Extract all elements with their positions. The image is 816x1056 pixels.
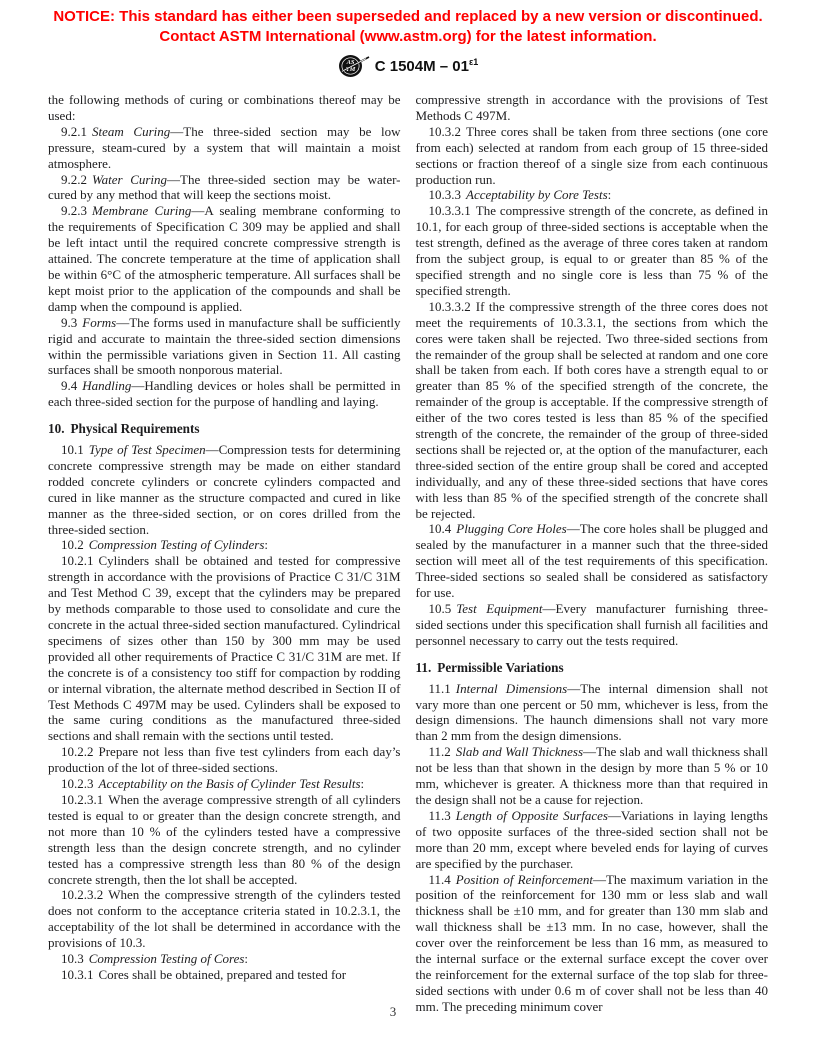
paragraph-text: Three cores shall be taken from three se… — [416, 124, 769, 187]
notice: NOTICE: This standard has either been su… — [0, 0, 816, 47]
designation-row: AS TM C 1504M – 01ε1 — [0, 54, 816, 78]
section-number: 9.2.1 — [61, 124, 92, 139]
section-number: 11.1 — [429, 681, 456, 696]
paragraph-text: Physical Requirements — [70, 421, 199, 436]
section-label-italic: Acceptability on the Basis of Cylinder T… — [99, 776, 361, 791]
paragraph-text: Prepare not less than five test cylinder… — [48, 744, 401, 775]
paragraph-text: If the compressive strength of the three… — [416, 299, 769, 521]
paragraph: 10.3.3.1The compressive strength of the … — [416, 203, 769, 298]
paragraph-text: Cores shall be obtained, prepared and te… — [99, 967, 347, 982]
section-number: 10.3.3 — [429, 187, 467, 202]
paragraph: 9.2.2Water Curing—The three-sided sectio… — [48, 172, 401, 204]
section-number: 10.1 — [61, 442, 89, 457]
section-number: 11.3 — [429, 808, 456, 823]
section-number: 10.2 — [61, 537, 89, 552]
paragraph: 10.4Plugging Core Holes—The core holes s… — [416, 521, 769, 601]
paragraph: 10.2Compression Testing of Cylinders: — [48, 537, 401, 553]
section-label-italic: Length of Opposite Surfaces — [456, 808, 608, 823]
paragraph-text: the following methods of curing or combi… — [48, 92, 401, 123]
paragraph: 10.2.3Acceptability on the Basis of Cyli… — [48, 776, 401, 792]
paragraph: 11.Permissible Variations — [416, 660, 769, 676]
section-number: 11.4 — [429, 872, 456, 887]
paragraph-text: : — [608, 187, 612, 202]
section-label-italic: Forms — [82, 315, 116, 330]
paragraph: 9.4Handling—Handling devices or holes sh… — [48, 378, 401, 410]
section-number: 10.4 — [429, 521, 457, 536]
section-number: 9.3 — [61, 315, 82, 330]
column-left: the following methods of curing or combi… — [48, 92, 401, 1015]
paragraph: 11.3Length of Opposite Surfaces—Variatio… — [416, 808, 769, 872]
section-label-italic: Internal Dimensions — [456, 681, 567, 696]
paragraph: 10.2.3.1When the average compressive str… — [48, 792, 401, 887]
paragraph-text: : — [244, 951, 248, 966]
section-number: 10.2.3 — [61, 776, 99, 791]
section-number: 10.2.2 — [61, 744, 99, 759]
paragraph-text: —The maximum variation in the position o… — [416, 872, 769, 1014]
section-label-italic: Steam Curing — [92, 124, 170, 139]
paragraph-text: —A sealing membrane conforming to the re… — [48, 203, 401, 313]
paragraph: 10.3.2Three cores shall be taken from th… — [416, 124, 769, 188]
designation-superscript: ε1 — [469, 57, 478, 67]
paragraph-text: compressive strength in accordance with … — [416, 92, 769, 123]
section-number: 9.2.2 — [61, 172, 92, 187]
paragraph-text: Cylinders shall be obtained and tested f… — [48, 553, 401, 743]
paragraph: compressive strength in accordance with … — [416, 92, 769, 124]
column-right: compressive strength in accordance with … — [416, 92, 769, 1015]
paragraph-text: Permissible Variations — [437, 660, 563, 675]
section-number: 10.3.1 — [61, 967, 99, 982]
section-number: 10.2.3.1 — [61, 792, 108, 807]
page-number: 3 — [390, 1004, 397, 1019]
paragraph-text: : — [264, 537, 268, 552]
paragraph: 10.2.1Cylinders shall be obtained and te… — [48, 553, 401, 744]
document-body: the following methods of curing or combi… — [48, 92, 768, 1015]
section-label-italic: Test Equipment — [456, 601, 542, 616]
section-number: 10. — [48, 421, 70, 436]
standard-designation: C 1504M – 01ε1 — [375, 57, 479, 75]
notice-line-1: NOTICE: This standard has either been su… — [0, 7, 816, 27]
section-number: 10.3.3.2 — [429, 299, 476, 314]
section-number: 11.2 — [429, 744, 456, 759]
section-number: 10.2.3.2 — [61, 887, 108, 902]
designation-text: C 1504M – 01 — [375, 58, 469, 75]
paragraph: 11.4Position of Reinforcement—The maximu… — [416, 872, 769, 1015]
paragraph: 10.3Compression Testing of Cores: — [48, 951, 401, 967]
paragraph: 10.2.3.2When the compressive strength of… — [48, 887, 401, 951]
page-footer: 3 — [48, 1004, 738, 1020]
section-number: 10.5 — [429, 601, 457, 616]
standard-page: NOTICE: This standard has either been su… — [0, 0, 816, 1056]
paragraph: 10.3.3.2If the compressive strength of t… — [416, 299, 769, 522]
paragraph: 10.1Type of Test Specimen—Compression te… — [48, 442, 401, 537]
paragraph: 9.3Forms—The forms used in manufacture s… — [48, 315, 401, 379]
section-label-italic: Position of Reinforcement — [456, 872, 593, 887]
paragraph-text: : — [361, 776, 365, 791]
paragraph: 9.2.1Steam Curing—The three-sided sectio… — [48, 124, 401, 172]
section-number: 10.3.3.1 — [429, 203, 476, 218]
section-label-italic: Plugging Core Holes — [456, 521, 566, 536]
section-number: 10.3.2 — [429, 124, 467, 139]
astm-logo-icon: AS TM — [338, 54, 370, 78]
paragraph: the following methods of curing or combi… — [48, 92, 401, 124]
paragraph: 10.3.1Cores shall be obtained, prepared … — [48, 967, 401, 983]
section-label-italic: Slab and Wall Thickness — [456, 744, 583, 759]
section-label-italic: Handling — [82, 378, 131, 393]
section-label-italic: Compression Testing of Cores — [89, 951, 245, 966]
paragraph: 11.2Slab and Wall Thickness—The slab and… — [416, 744, 769, 808]
paragraph: 10.5Test Equipment—Every manufacturer fu… — [416, 601, 769, 649]
section-label-italic: Water Curing — [92, 172, 167, 187]
paragraph: 9.2.3Membrane Curing—A sealing membrane … — [48, 203, 401, 314]
section-label-italic: Acceptability by Core Tests — [466, 187, 608, 202]
section-label-italic: Compression Testing of Cylinders — [89, 537, 265, 552]
paragraph: 11.1Internal Dimensions—The internal dim… — [416, 681, 769, 745]
section-number: 11. — [416, 660, 438, 675]
section-number: 10.3 — [61, 951, 89, 966]
notice-line-2: Contact ASTM International (www.astm.org… — [0, 27, 816, 47]
section-number: 9.4 — [61, 378, 82, 393]
paragraph: 10.3.3Acceptability by Core Tests: — [416, 187, 769, 203]
section-number: 10.2.1 — [61, 553, 99, 568]
section-label-italic: Type of Test Specimen — [89, 442, 206, 457]
section-label-italic: Membrane Curing — [92, 203, 191, 218]
paragraph: 10.Physical Requirements — [48, 421, 401, 437]
section-number: 9.2.3 — [61, 203, 92, 218]
paragraph: 10.2.2Prepare not less than five test cy… — [48, 744, 401, 776]
